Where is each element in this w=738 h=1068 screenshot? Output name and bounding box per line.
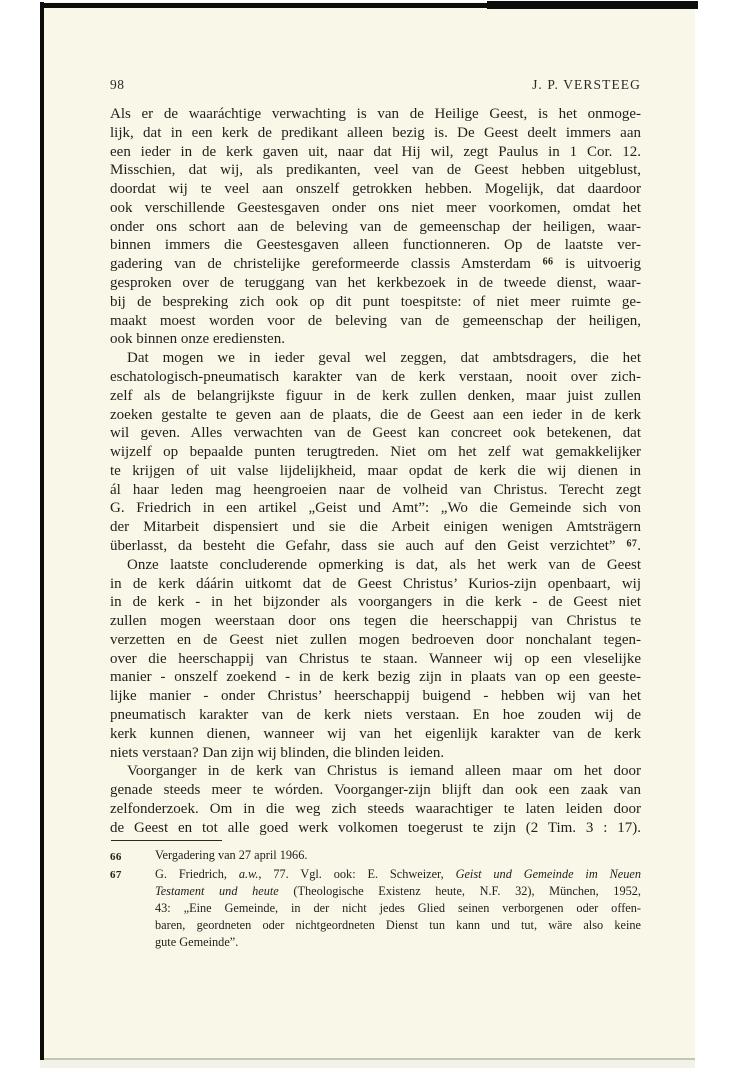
text-segment: kerk kunnen dienen, wanneer wij van het … xyxy=(110,726,641,742)
text-segment: verzetten en de Geest niet zullen mogen … xyxy=(110,632,641,648)
footnote-number: 67 xyxy=(110,866,155,885)
text-line: maakt moest worden voor de beleving van … xyxy=(110,312,641,331)
text-segment: , 77. Vgl. ook: E. Schweizer, xyxy=(258,867,455,881)
text-line: gesproken over de teruggang van het kerk… xyxy=(110,274,641,293)
text-line: Vergadering van 27 april 1966. xyxy=(155,847,641,864)
text-line: Testament und heute (Theologische Existe… xyxy=(155,883,641,900)
text-line: der Mitarbeit dispensiert und sie die Ar… xyxy=(110,518,641,537)
page-number: 98 xyxy=(110,77,125,93)
text-segment: genade steeds meer te wórden. Voorganger… xyxy=(110,782,641,798)
footnotes-section: 66Vergadering van 27 april 1966.67G. Fri… xyxy=(110,847,641,951)
text-line: in de kerk - in het bijzonder als voorga… xyxy=(110,593,641,612)
text-line: binnen immers die Geestesgaven alleen fu… xyxy=(110,236,641,255)
text-line: kerk kunnen dienen, wanneer wij van het … xyxy=(110,725,641,744)
text-line: wil geven. Alles verwachten van de Geest… xyxy=(110,424,641,443)
page-top-rule-segment xyxy=(487,1,698,9)
footnote-number: 66 xyxy=(110,847,155,866)
text-segment: Als er de waaráchtige verwachting is van… xyxy=(110,106,641,122)
page-left-rule xyxy=(40,2,44,1060)
text-segment: überlasst, da besteht die Gefahr, dass s… xyxy=(110,538,626,554)
text-line: een ieder in de kerk gaven uit, naar dat… xyxy=(110,143,641,162)
text-line: genade steeds meer te wórden. Voorganger… xyxy=(110,781,641,800)
text-segment: manier - onszelf zoekend - in de kerk be… xyxy=(110,669,641,685)
footnote-reference: 67 xyxy=(626,538,637,549)
text-segment: gadering van de christelijke gereformeer… xyxy=(110,256,543,272)
text-line: verzetten en de Geest niet zullen mogen … xyxy=(110,631,641,650)
text-line: onder ons schort aan de beleving van de … xyxy=(110,218,641,237)
text-segment: Voorganger in de kerk van Christus is ie… xyxy=(127,763,641,779)
text-line: in de kerk dáárin uitkomt dat de Geest C… xyxy=(110,575,641,594)
text-segment: Dat mogen we in ieder geval wel zeggen, … xyxy=(127,350,641,366)
text-segment: maakt moest worden voor de beleving van … xyxy=(110,313,641,329)
text-segment: zelfonderzoek. Om in die weg zich steeds… xyxy=(110,801,641,817)
text-segment: onder ons schort aan de beleving van de … xyxy=(110,219,641,235)
footnote-item: 67G. Friedrich, a.w., 77. Vgl. ook: E. S… xyxy=(110,866,641,951)
text-line: 43: „Eine Gemeinde, in der nicht jedes G… xyxy=(155,900,641,917)
text-line: wijzelf op bepaalde punten terugtreden. … xyxy=(110,443,641,462)
text-segment: G. Friedrich in een artikel „Geist und A… xyxy=(110,500,641,516)
text-segment: lijk, dat in een kerk de predikant allee… xyxy=(110,125,641,141)
text-line: lijke manier - onder Christus’ heerschap… xyxy=(110,687,641,706)
text-segment: is uitvoerig xyxy=(553,256,641,272)
text-segment: wijzelf op bepaalde punten terugtreden. … xyxy=(110,444,641,460)
text-line: G. Friedrich, a.w., 77. Vgl. ook: E. Sch… xyxy=(155,866,641,883)
text-segment: Onze laatste concluderende opmerking is … xyxy=(127,557,641,573)
text-line: zelfonderzoek. Om in die weg zich steeds… xyxy=(110,800,641,819)
text-segment: de Geest en tot alle goed werk volkomen … xyxy=(110,820,641,836)
text-line: ook verschillende Geestesgaven onder ons… xyxy=(110,199,641,218)
text-line: bij de bespreking zich ook op dit punt t… xyxy=(110,293,641,312)
text-line: Onze laatste concluderende opmerking is … xyxy=(110,556,641,575)
text-segment: (Theologische Existenz heute, N.F. 32), … xyxy=(279,884,641,898)
text-line: ook binnen onze erediensten. xyxy=(110,330,641,349)
text-segment: doordat wij te veel aan onszelf getrokke… xyxy=(110,181,641,197)
text-segment: der Mitarbeit dispensiert und sie die Ar… xyxy=(110,519,641,535)
text-line: zelf als de belangrijkste figuur in de k… xyxy=(110,387,641,406)
text-segment: lijke manier - onder Christus’ heerschap… xyxy=(110,688,641,704)
italic-text: Testament und heute xyxy=(155,884,279,898)
text-line: gadering van de christelijke gereformeer… xyxy=(110,255,641,274)
italic-text: Geist und Gemeinde im Neuen xyxy=(456,867,641,881)
text-line: G. Friedrich in een artikel „Geist und A… xyxy=(110,499,641,518)
text-segment: wil geven. Alles verwachten van de Geest… xyxy=(110,425,641,441)
text-segment: zullen mogen weerstaan door ons tegen di… xyxy=(110,613,641,629)
page-top-rule xyxy=(42,3,490,8)
text-segment: eschatologisch-pneumatisch karakter van … xyxy=(110,369,641,385)
text-segment: gesproken over de teruggang van het kerk… xyxy=(110,275,641,291)
text-line: niets verstaan? Dan zijn wij blinden, di… xyxy=(110,744,641,763)
text-line: überlasst, da besteht die Gefahr, dass s… xyxy=(110,537,641,556)
text-line: ál haar leden mag heengroeien naar de vo… xyxy=(110,481,641,500)
text-segment: zelf als de belangrijkste figuur in de k… xyxy=(110,388,641,404)
text-segment: gute Gemeinde”. xyxy=(155,935,238,949)
text-line: pneumatisch karakter van de kerk niets v… xyxy=(110,706,641,725)
text-line: gute Gemeinde”. xyxy=(155,934,641,951)
text-segment: in de kerk dáárin uitkomt dat de Geest C… xyxy=(110,576,641,592)
running-head-author: J. P. VERSTEEG xyxy=(532,77,641,93)
footnote-separator xyxy=(111,840,222,841)
text-line: Dat mogen we in ieder geval wel zeggen, … xyxy=(110,349,641,368)
text-line: zoeken gestalte te geven aan de plaats, … xyxy=(110,406,641,425)
text-segment: een ieder in de kerk gaven uit, naar dat… xyxy=(110,144,641,160)
text-line: manier - onszelf zoekend - in de kerk be… xyxy=(110,668,641,687)
scan-margin-bottom xyxy=(40,1060,695,1068)
text-segment: G. Friedrich, xyxy=(155,867,239,881)
text-segment: Misschien, dat wij, als predikanten, vee… xyxy=(110,162,641,178)
text-segment: pneumatisch karakter van de kerk niets v… xyxy=(110,707,641,723)
text-segment: ook binnen onze erediensten. xyxy=(110,331,285,347)
text-segment: Vergadering van 27 april 1966. xyxy=(155,848,307,862)
text-segment: . xyxy=(637,538,641,554)
text-line: zullen mogen weerstaan door ons tegen di… xyxy=(110,612,641,631)
footnote-item: 66Vergadering van 27 april 1966. xyxy=(110,847,641,866)
text-segment: ál haar leden mag heengroeien naar de vo… xyxy=(110,482,641,498)
text-line: Voorganger in de kerk van Christus is ie… xyxy=(110,762,641,781)
text-segment: ook verschillende Geestesgaven onder ons… xyxy=(110,200,641,216)
text-line: lijk, dat in een kerk de predikant allee… xyxy=(110,124,641,143)
text-segment: 43: „Eine Gemeinde, in der nicht jedes G… xyxy=(155,901,641,915)
text-line: doordat wij te veel aan onszelf getrokke… xyxy=(110,180,641,199)
footnote-text: G. Friedrich, a.w., 77. Vgl. ook: E. Sch… xyxy=(155,866,641,951)
text-line: over die heerschappij van Christus te st… xyxy=(110,650,641,669)
text-segment: bij de bespreking zich ook op dit punt t… xyxy=(110,294,641,310)
footnote-text: Vergadering van 27 april 1966. xyxy=(155,847,641,864)
text-segment: binnen immers die Geestesgaven alleen fu… xyxy=(110,237,641,253)
text-line: te krijgen of uit valse lijdelijkheid, m… xyxy=(110,462,641,481)
text-segment: over die heerschappij van Christus te st… xyxy=(110,651,641,667)
text-line: Als er de waaráchtige verwachting is van… xyxy=(110,105,641,124)
body-text: Als er de waaráchtige verwachting is van… xyxy=(110,105,641,837)
text-line: de Geest en tot alle goed werk volkomen … xyxy=(110,819,641,838)
text-segment: zoeken gestalte te geven aan de plaats, … xyxy=(110,407,641,423)
text-line: Misschien, dat wij, als predikanten, vee… xyxy=(110,161,641,180)
italic-text: a.w. xyxy=(239,867,259,881)
text-segment: in de kerk - in het bijzonder als voorga… xyxy=(110,594,641,610)
footnote-reference: 66 xyxy=(543,257,554,268)
text-segment: baren, geordneten oder nichtgeordneten D… xyxy=(155,918,641,932)
text-line: baren, geordneten oder nichtgeordneten D… xyxy=(155,917,641,934)
page-header: 98 J. P. VERSTEEG xyxy=(110,77,641,93)
text-segment: te krijgen of uit valse lijdelijkheid, m… xyxy=(110,463,641,479)
text-segment: niets verstaan? Dan zijn wij blinden, di… xyxy=(110,745,444,761)
text-line: eschatologisch-pneumatisch karakter van … xyxy=(110,368,641,387)
